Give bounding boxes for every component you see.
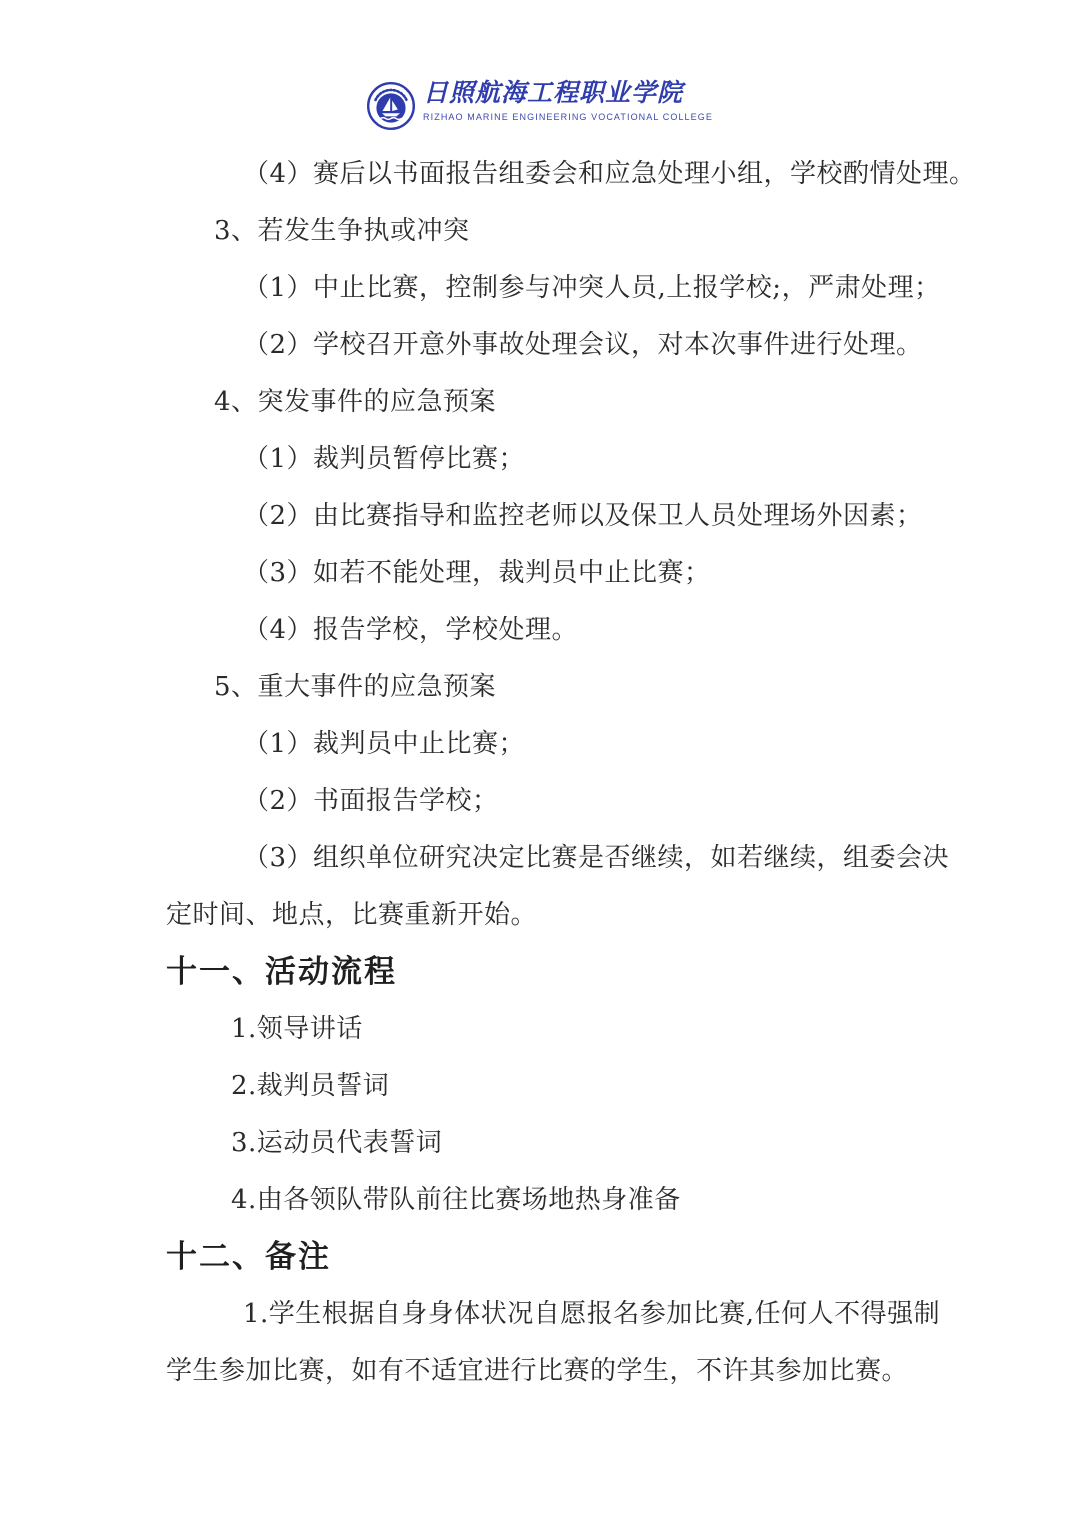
document-line: （3）如若不能处理，裁判员中止比赛； bbox=[243, 545, 936, 602]
document-line: （4）报告学校，学校处理。 bbox=[243, 602, 936, 659]
college-name-chinese: 日照航海工程职业学院 bbox=[423, 78, 683, 108]
college-name-english: RIZHAO MARINE ENGINEERING VOCATIONAL COL… bbox=[423, 111, 713, 123]
document-line: 学生参加比赛，如有不适宜进行比赛的学生，不许其参加比赛。 bbox=[166, 1343, 936, 1400]
document-line: 3.运动员代表誓词 bbox=[231, 1115, 936, 1172]
document-line: 3、若发生争执或冲突 bbox=[214, 203, 936, 260]
college-logo: 日照航海工程职业学院 RIZHAO MARINE ENGINEERING VOC… bbox=[0, 78, 1080, 130]
document-line: （1）裁判员暂停比赛； bbox=[243, 431, 936, 488]
document-line: 2.裁判员誓词 bbox=[231, 1058, 936, 1115]
document-line: 1.学生根据自身身体状况自愿报名参加比赛,任何人不得强制 bbox=[243, 1286, 936, 1343]
section-heading: 十二、备注 bbox=[166, 1229, 936, 1286]
document-line: 4、突发事件的应急预案 bbox=[214, 374, 936, 431]
document-page: 日照航海工程职业学院 RIZHAO MARINE ENGINEERING VOC… bbox=[0, 0, 1080, 1528]
document-line: 5、重大事件的应急预案 bbox=[214, 659, 936, 716]
document-line: （2）书面报告学校； bbox=[243, 773, 936, 830]
section-heading: 十一、活动流程 bbox=[166, 944, 936, 1001]
document-line: （1）裁判员中止比赛； bbox=[243, 716, 936, 773]
document-line: （4）赛后以书面报告组委会和应急处理小组，学校酌情处理。 bbox=[243, 146, 936, 203]
document-line: （1）中止比赛，控制参与冲突人员,上报学校;，严肃处理； bbox=[243, 260, 936, 317]
document-line: 定时间、地点，比赛重新开始。 bbox=[166, 887, 936, 944]
sailboat-college-emblem-icon bbox=[367, 82, 415, 130]
document-line: 4.由各领队带队前往比赛场地热身准备 bbox=[231, 1172, 936, 1229]
document-line: （2）由比赛指导和监控老师以及保卫人员处理场外因素； bbox=[243, 488, 936, 545]
document-line: （3）组织单位研究决定比赛是否继续，如若继续，组委会决 bbox=[243, 830, 936, 887]
document-line: （2）学校召开意外事故处理会议，对本次事件进行处理。 bbox=[243, 317, 936, 374]
document-line: 1.领导讲话 bbox=[231, 1001, 936, 1058]
document-body: （4）赛后以书面报告组委会和应急处理小组，学校酌情处理。3、若发生争执或冲突（1… bbox=[166, 146, 936, 1400]
